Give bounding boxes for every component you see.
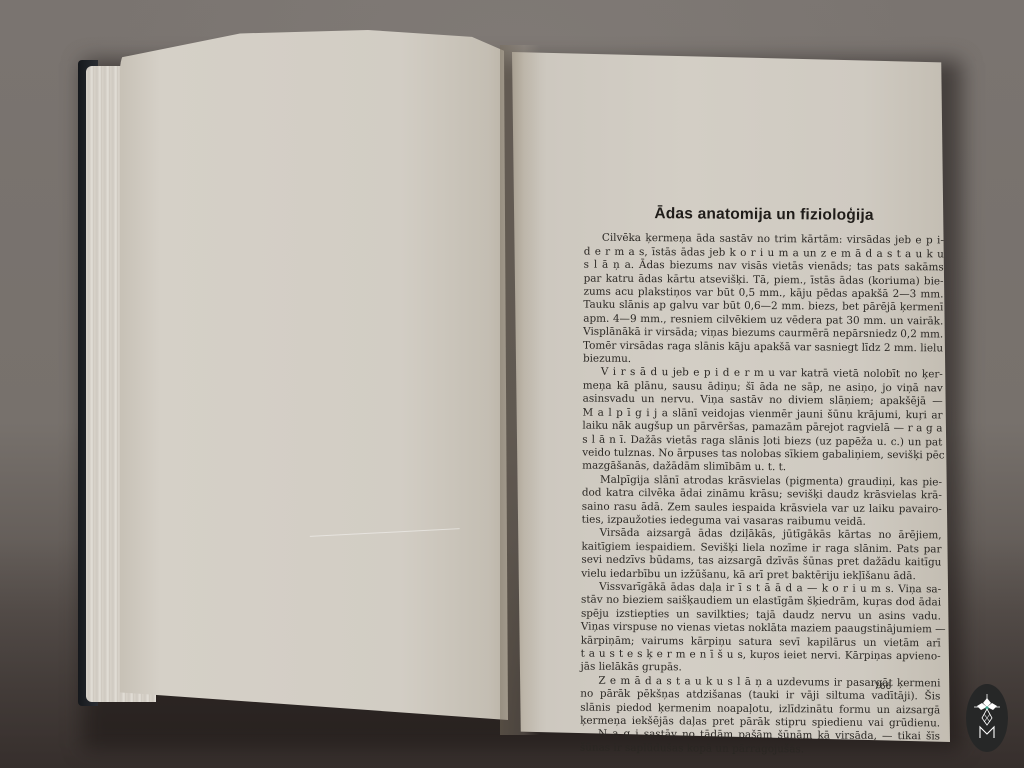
text-line: šūnas ir saplūdušas kopā un pārragojušās… [580, 741, 940, 757]
right-page-text-block: Ādas anatomija un fizioloģija Cilvēka ķe… [580, 207, 944, 758]
left-page-blank [120, 30, 520, 720]
page-title: Ādas anatomija un fizioloģija [584, 207, 944, 223]
watermark-logo [966, 684, 1008, 752]
body-text: Cilvēka ķermeņa āda sastāv no trim kārtā… [580, 232, 944, 758]
leaf-tree-monogram-icon [972, 692, 1002, 744]
page-number: 766 [874, 682, 891, 692]
book-gutter [500, 45, 540, 735]
text-line: Tomēr virsādas raga slānis kāju apakšā v… [583, 339, 943, 355]
